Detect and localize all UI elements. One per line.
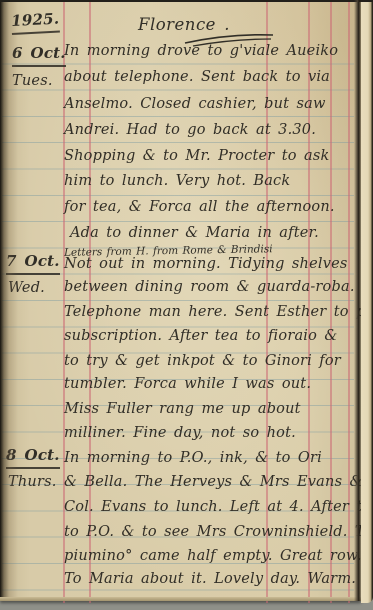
diary-line: between dining room & guarda-roba. bbox=[64, 276, 355, 298]
diary-line: subscription. After tea to fioraio & bbox=[64, 325, 337, 347]
underlying-page-edge bbox=[361, 2, 373, 603]
diary-line: milliner. Fine day, not so hot. bbox=[64, 422, 296, 444]
diary-line: him to lunch. Very hot. Back bbox=[64, 170, 290, 192]
diary-line: Anselmo. Closed cashier, but saw bbox=[64, 93, 326, 115]
diary-page: 1925. Florence . 6 Oct. Tues. In morning… bbox=[0, 2, 361, 601]
entry-date-6-oct: 6 Oct. bbox=[12, 42, 66, 67]
diary-line: Miss Fuller rang me up about bbox=[64, 398, 301, 420]
diary-line: tumbler. Forca while I was out. bbox=[64, 373, 311, 395]
diary-line: piumino° came half empty. Great row. bbox=[64, 545, 362, 567]
diary-line: In morning to P.O., ink, & to Ori bbox=[64, 447, 322, 469]
binding-shadow bbox=[0, 2, 18, 601]
diary-line: & Bella. The Herveys & Mrs Evans & bbox=[64, 471, 363, 493]
year-label: 1925. bbox=[11, 8, 60, 35]
diary-line: to try & get inkpot & to Ginori for bbox=[64, 350, 341, 372]
diary-line: Not out in morning. Tidying shelves bbox=[64, 253, 348, 275]
diary-line: Shopping & to Mr. Procter to ask bbox=[64, 145, 329, 167]
diary-line: Andrei. Had to go back at 3.30. bbox=[64, 119, 316, 141]
diary-line: To Maria about it. Lovely day. Warm. bbox=[64, 568, 356, 590]
diary-line: for tea, & Forca all the afternoon. bbox=[64, 196, 335, 218]
entry-day-6-oct: Tues. bbox=[12, 70, 53, 92]
diary-line: Col. Evans to lunch. Left at 4. After te… bbox=[64, 496, 373, 518]
notebook-photo: 1925. Florence . 6 Oct. Tues. In morning… bbox=[0, 0, 373, 610]
diary-line: Telephone man here. Sent Esther to pay bbox=[64, 301, 373, 323]
diary-line: about telephone. Sent back to via bbox=[64, 66, 330, 88]
page-bottom-edge bbox=[0, 597, 361, 601]
diary-line: In morning drove to g'viale Aueiko bbox=[64, 40, 338, 62]
diary-line: to P.O. & to see Mrs Crowninshield. The bbox=[64, 521, 373, 543]
